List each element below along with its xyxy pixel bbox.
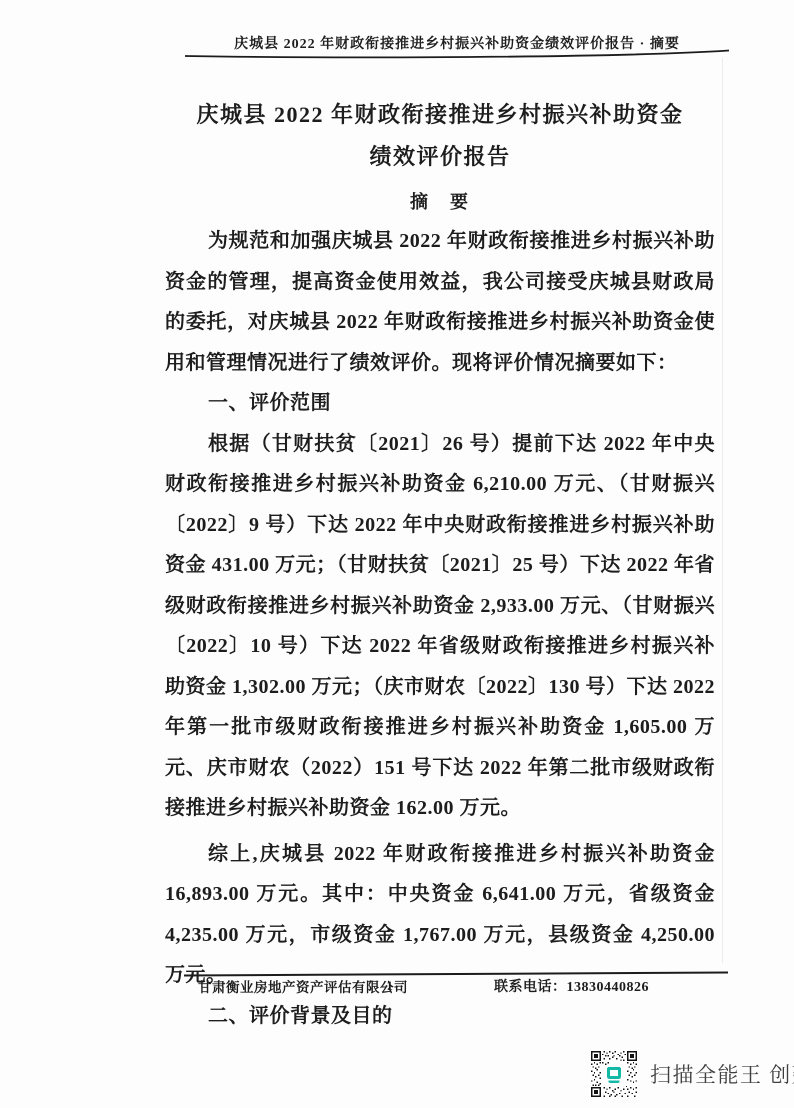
qr-code-icon: [591, 1051, 637, 1097]
paragraph-intro: 为规范和加强庆城县 2022 年财政衔接推进乡村振兴补助资金的管理，提高资金使用…: [165, 221, 715, 383]
camscanner-watermark: 扫描全能王 创建: [591, 1051, 794, 1097]
document-body: 为规范和加强庆城县 2022 年财政衔接推进乡村振兴补助资金的管理，提高资金使用…: [165, 221, 715, 1036]
abstract-label: 摘 要: [165, 182, 715, 222]
paragraph-scope: 根据（甘财扶贫〔2021〕26 号）提前下达 2022 年中央财政衔接推进乡村振…: [165, 424, 715, 829]
document-page: 庆城县 2022 年财政衔接推进乡村振兴补助资金绩效评价报告 · 摘要 庆城县 …: [0, 0, 794, 1108]
document-title-line2: 绩效评价报告: [165, 136, 715, 178]
footer-page-number: -1-: [381, 978, 399, 994]
scan-artifact-line: [722, 58, 723, 963]
section-heading-1: 一、评价范围: [165, 383, 715, 424]
document-title-line1: 庆城县 2022 年财政衔接推进乡村振兴补助资金: [165, 94, 715, 136]
header-rule: [184, 48, 730, 60]
section-heading-2: 二、评价背景及目的: [165, 996, 715, 1037]
footer-contact-phone: 联系电话：13830440826: [494, 976, 649, 996]
camscanner-watermark-label: 扫描全能王 创建: [650, 1059, 794, 1089]
footer-company-name: 甘肃衡业房地产资产评估有限公司: [198, 976, 408, 996]
title-block: 庆城县 2022 年财政衔接推进乡村振兴补助资金 绩效评价报告 摘 要: [165, 94, 715, 222]
